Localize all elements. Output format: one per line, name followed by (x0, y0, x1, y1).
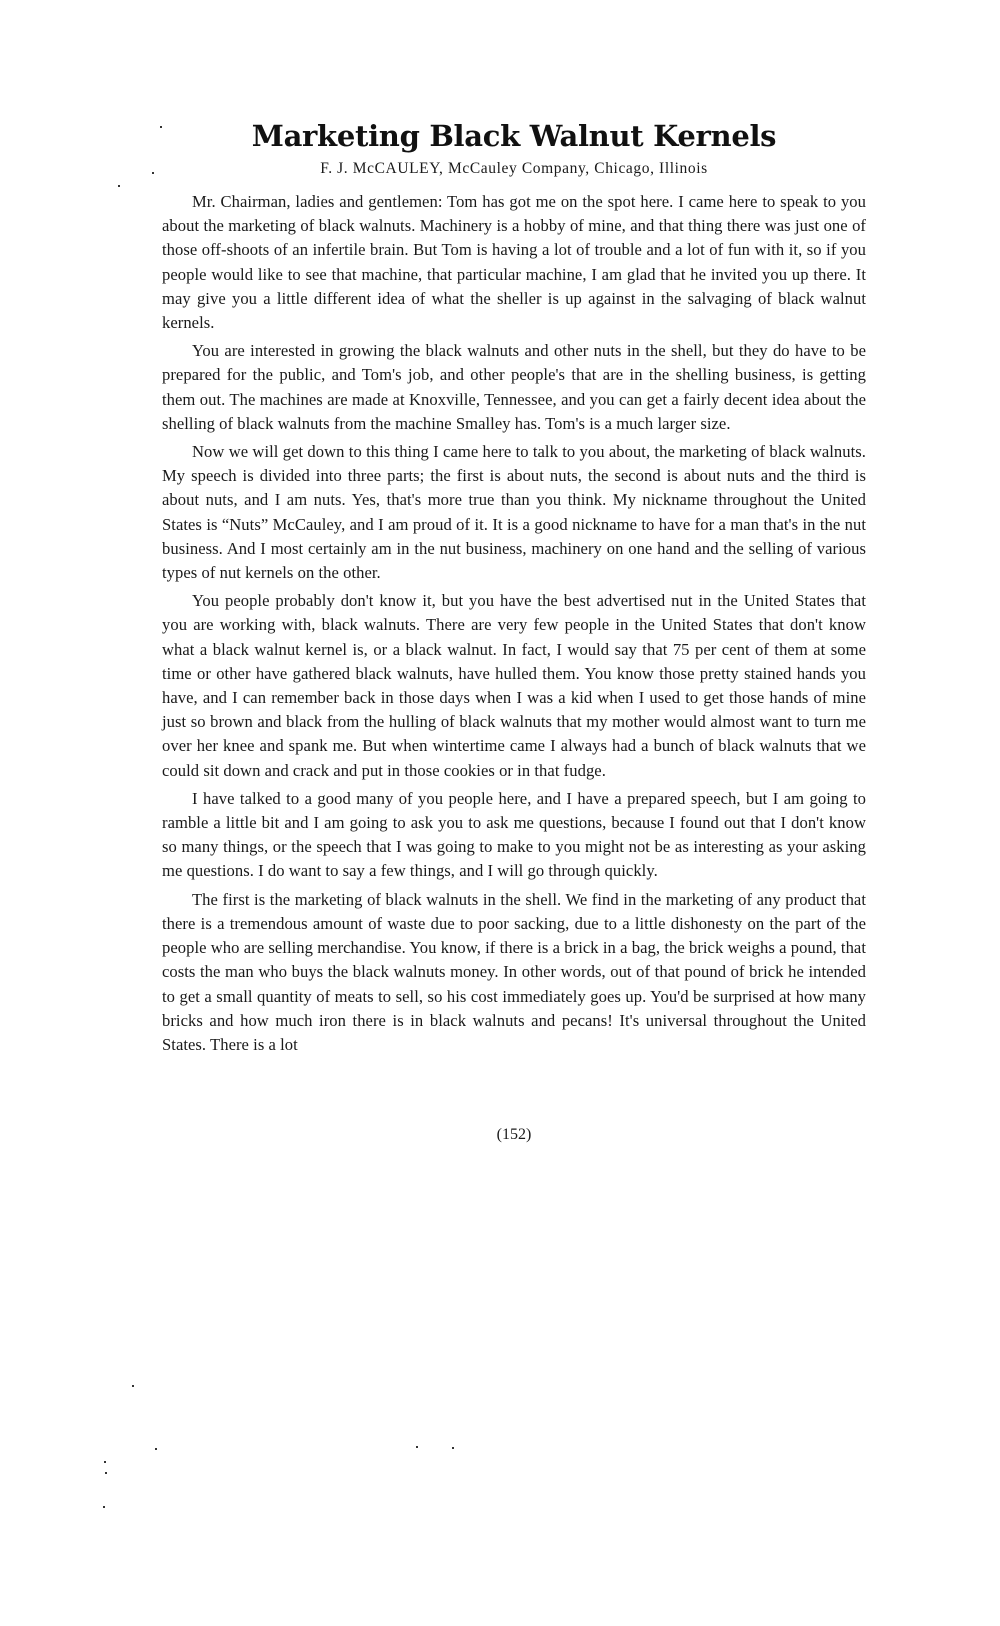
scan-speck (152, 172, 154, 174)
scan-speck (155, 1448, 157, 1450)
scan-speck (118, 185, 120, 187)
scan-speck (160, 126, 162, 128)
scan-speck (452, 1447, 454, 1449)
paragraph-2: You are interested in growing the black … (162, 339, 866, 436)
article-title: Marketing Black Walnut Kernels (162, 118, 866, 154)
scan-speck (104, 1461, 106, 1463)
paragraph-5: I have talked to a good many of you peop… (162, 787, 866, 884)
scan-speck (416, 1446, 418, 1448)
author-byline: F. J. McCAULEY, McCauley Company, Chicag… (162, 158, 866, 180)
document-page: Marketing Black Walnut Kernels F. J. McC… (162, 118, 866, 1061)
paragraph-1: Mr. Chairman, ladies and gentlemen: Tom … (162, 190, 866, 335)
scan-speck (132, 1385, 134, 1387)
paragraph-4: You people probably don't know it, but y… (162, 589, 866, 783)
paragraph-6: The first is the marketing of black waln… (162, 888, 866, 1057)
scan-speck (103, 1506, 105, 1508)
scan-speck (105, 1472, 107, 1474)
paragraph-3: Now we will get down to this thing I cam… (162, 440, 866, 585)
page-number: (152) (162, 1126, 866, 1144)
